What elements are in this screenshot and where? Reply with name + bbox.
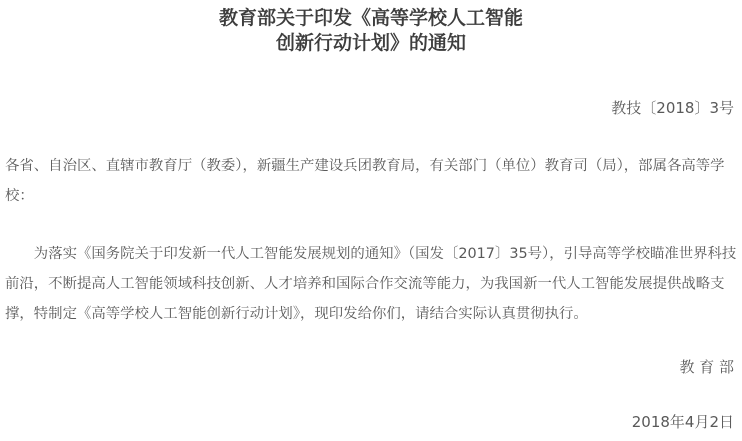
body-paragraph: 为落实《国务院关于印发新一代人工智能发展规划的通知》（国发〔2017〕35号），…	[0, 239, 742, 329]
document-number: 教技〔2018〕3号	[0, 98, 742, 118]
notice-document: 教育部关于印发《高等学校人工智能 创新行动计划》的通知 教技〔2018〕3号 各…	[0, 6, 742, 441]
issuing-authority: 教 育 部	[0, 357, 742, 377]
document-title: 教育部关于印发《高等学校人工智能 创新行动计划》的通知	[0, 6, 742, 56]
issue-date: 2018年4月2日	[0, 412, 742, 432]
document-title-line-1: 教育部关于印发《高等学校人工智能	[10, 6, 732, 31]
page: { "page": { "background_color": "#ffffff…	[0, 0, 742, 441]
document-title-line-2: 创新行动计划》的通知	[10, 31, 732, 56]
recipients-line: 各省、自治区、直辖市教育厅（教委），新疆生产建设兵团教育局，有关部门（单位）教育…	[0, 151, 742, 211]
